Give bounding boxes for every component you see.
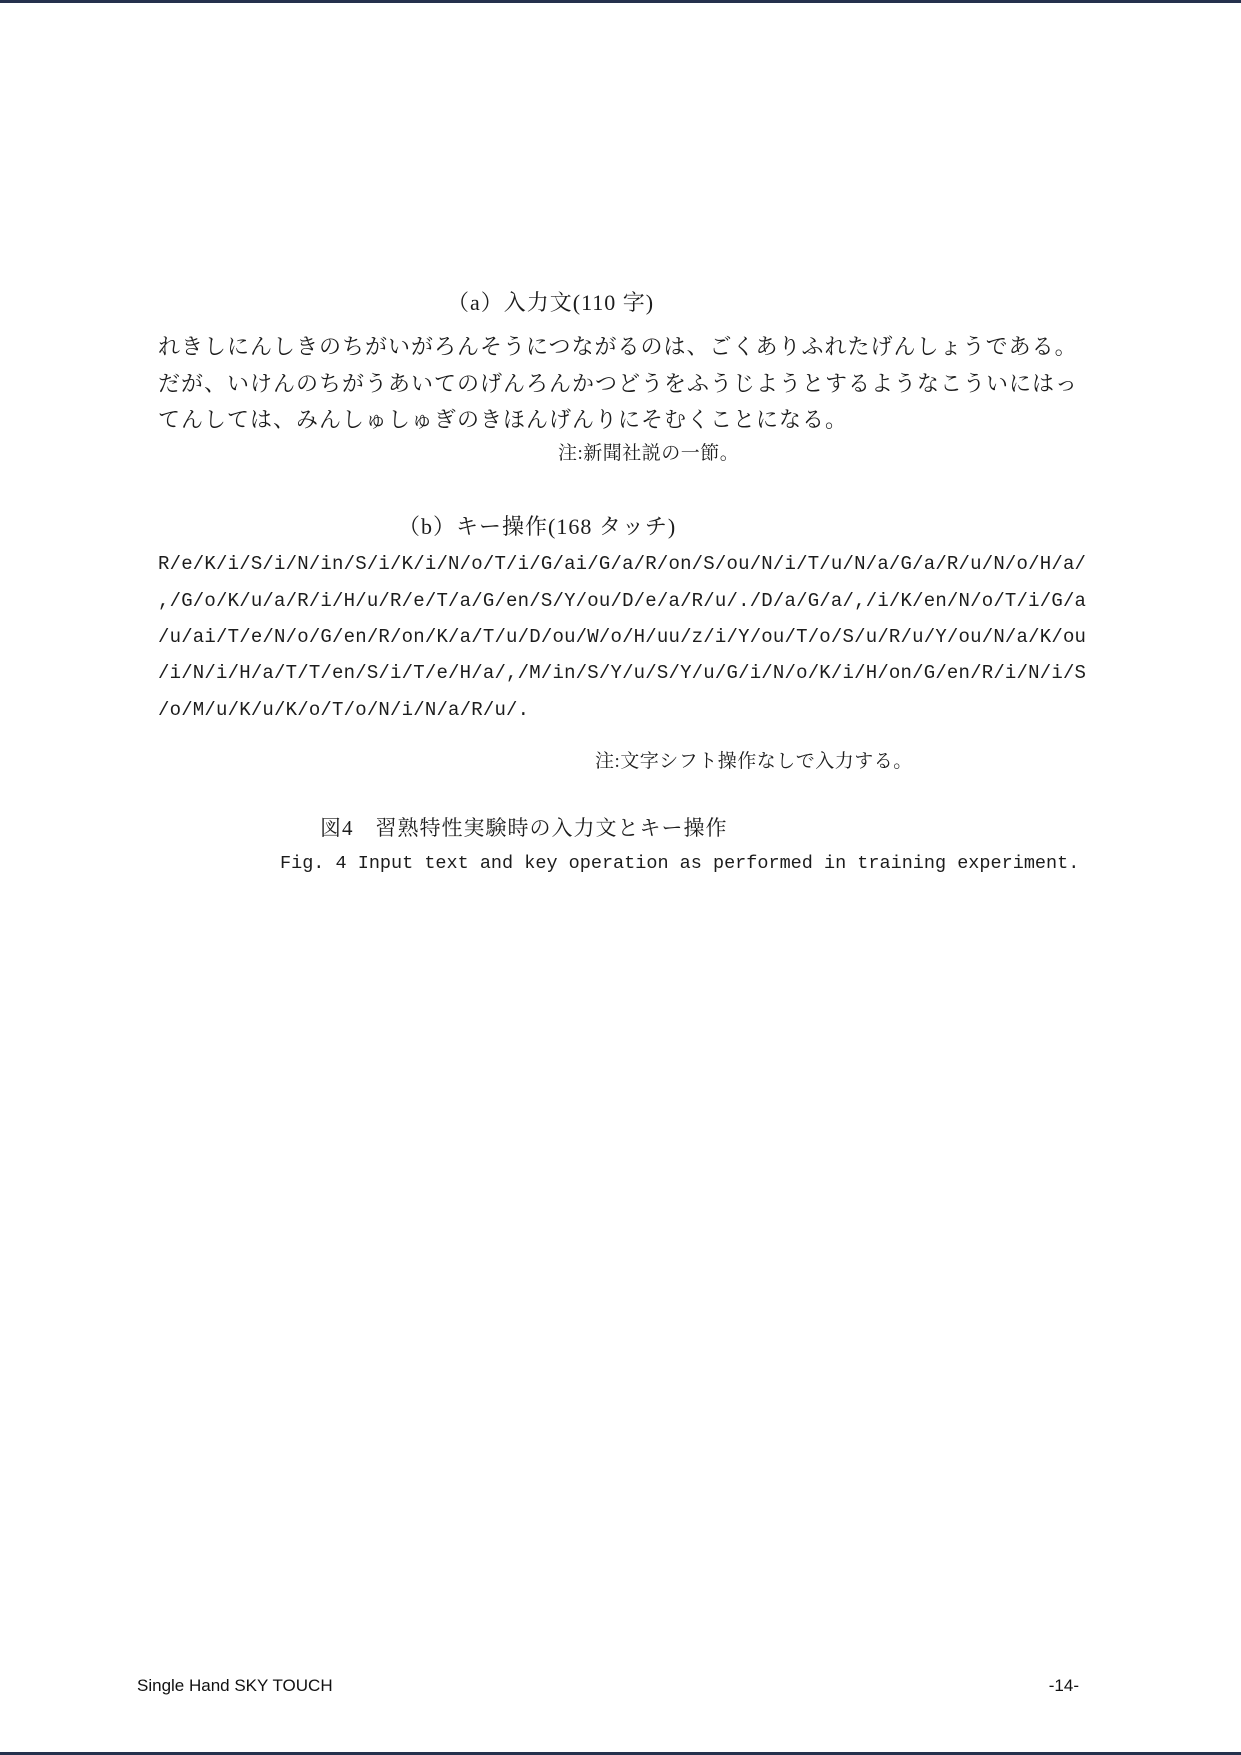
key-operation-line-4: /i/N/i/H/a/T/T/en/S/i/T/e/H/a/,/M/in/S/Y… <box>158 662 1086 684</box>
scan-edge-top <box>0 0 1241 3</box>
page-number: -14- <box>1049 1676 1079 1696</box>
section-a-note: 注:新聞社説の一節。 <box>558 438 739 465</box>
input-text-line-3: てんしては、みんしゅしゅぎのきほんげんりにそむくことになる。 <box>158 403 848 434</box>
footer-running-title: Single Hand SKY TOUCH <box>137 1676 333 1696</box>
key-operation-line-1: R/e/K/i/S/i/N/in/S/i/K/i/N/o/T/i/G/ai/G/… <box>158 553 1086 575</box>
key-operation-line-5: /o/M/u/K/u/K/o/T/o/N/i/N/a/R/u/. <box>158 699 529 721</box>
page-footer: Single Hand SKY TOUCH -14- <box>0 1676 1241 1696</box>
section-b-note: 注:文字シフト操作なしで入力する。 <box>595 746 913 773</box>
figure-caption-japanese: 図4 習熟特性実験時の入力文とキー操作 <box>320 812 728 842</box>
figure-caption-english: Fig. 4 Input text and key operation as p… <box>280 853 1079 874</box>
document-page: （a）入力文(110 字) れきしにんしきのちがいがろんそうにつながるのは、ごく… <box>0 0 1241 1755</box>
key-operation-line-3: /u/ai/T/e/N/o/G/en/R/on/K/a/T/u/D/ou/W/o… <box>158 626 1086 648</box>
key-operation-line-2: ,/G/o/K/u/a/R/i/H/u/R/e/T/a/G/en/S/Y/ou/… <box>158 590 1086 612</box>
input-text-line-2: だが、いけんのちがうあいてのげんろんかつどうをふうじようとするようなこういにはっ <box>158 367 1078 398</box>
section-a-heading: （a）入力文(110 字) <box>447 286 654 317</box>
input-text-line-1: れきしにんしきのちがいがろんそうにつながるのは、ごくありふれたげんしょうである。 <box>158 330 1078 361</box>
section-b-heading: （b）キー操作(168 タッチ) <box>398 510 676 541</box>
